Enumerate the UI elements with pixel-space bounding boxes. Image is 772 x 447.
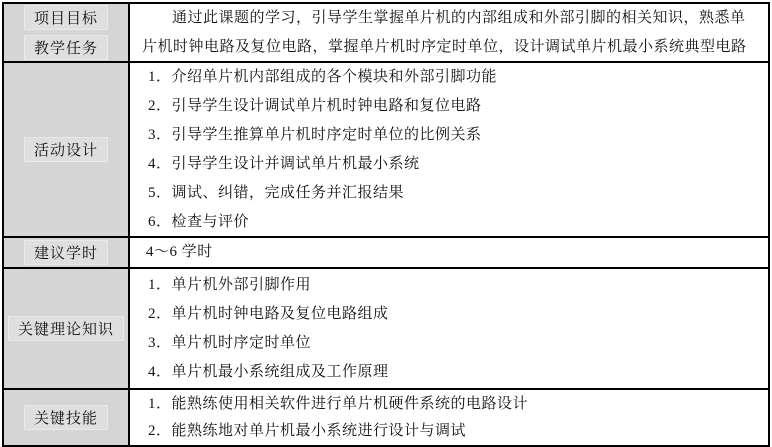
- list-item: 2．能熟练地对单片机最小系统进行设计与调试: [148, 418, 760, 445]
- document-page: 项目目标 教学任务 通过此课题的学习，引导学生掌握单片机的内部组成和外部引脚的相…: [0, 0, 772, 447]
- table-row-hours: 建议学时 4～6 学时: [4, 238, 768, 269]
- list-item: 4．单片机最小系统组成及工作原理: [148, 358, 760, 387]
- teaching-plan-table: 项目目标 教学任务 通过此课题的学习，引导学生掌握单片机的内部组成和外部引脚的相…: [2, 2, 770, 447]
- theory-content: 1．单片机外部引脚作用 2．单片机时钟电路及复位电路组成 3．单片机时序定时单位…: [130, 269, 768, 388]
- row-header-label: 关键理论知识: [8, 316, 124, 341]
- objectives-content: 通过此课题的学习，引导学生掌握单片机的内部组成和外部引脚的相关知识，熟悉单片机时…: [130, 4, 768, 61]
- list-item: 5．调试、纠错，完成任务并汇报结果: [148, 179, 760, 208]
- table-row-skills: 关键技能 1．能熟练使用相关软件进行单片机硬件系统的电路设计 2．能熟练地对单片…: [4, 390, 768, 445]
- row-header-label: 关键技能: [24, 405, 108, 430]
- list-item: 1．单片机外部引脚作用: [148, 271, 760, 300]
- row-header-activities: 活动设计: [4, 63, 130, 236]
- skills-list: 1．能熟练使用相关软件进行单片机硬件系统的电路设计 2．能熟练地对单片机最小系统…: [130, 391, 768, 445]
- row-header-objectives: 项目目标 教学任务: [4, 4, 130, 61]
- table-row-activities: 活动设计 1．介绍单片机内部组成的各个模块和外部引脚功能 2．引导学生设计调试单…: [4, 63, 768, 238]
- hours-value: 4～6 学时: [130, 238, 768, 267]
- row-header-line-2: 教学任务: [24, 35, 108, 60]
- table-row-theory: 关键理论知识 1．单片机外部引脚作用 2．单片机时钟电路及复位电路组成 3．单片…: [4, 269, 768, 390]
- objectives-paragraph: 通过此课题的学习，引导学生掌握单片机的内部组成和外部引脚的相关知识，熟悉单片机时…: [130, 4, 768, 62]
- list-item: 6．检查与评价: [148, 208, 760, 237]
- list-item: 2．引导学生设计调试单片机时钟电路和复位电路: [148, 92, 760, 121]
- activities-list: 1．介绍单片机内部组成的各个模块和外部引脚功能 2．引导学生设计调试单片机时钟电…: [130, 63, 768, 237]
- table-row-objectives: 项目目标 教学任务 通过此课题的学习，引导学生掌握单片机的内部组成和外部引脚的相…: [4, 4, 768, 63]
- hours-content: 4～6 学时: [130, 238, 768, 267]
- list-item: 4．引导学生设计并调试单片机最小系统: [148, 150, 760, 179]
- theory-list: 1．单片机外部引脚作用 2．单片机时钟电路及复位电路组成 3．单片机时序定时单位…: [130, 271, 768, 387]
- list-item: 3．引导学生推算单片机时序定时单位的比例关系: [148, 121, 760, 150]
- list-item: 1．介绍单片机内部组成的各个模块和外部引脚功能: [148, 63, 760, 92]
- list-item: 2．单片机时钟电路及复位电路组成: [148, 300, 760, 329]
- row-header-label: 活动设计: [24, 137, 108, 162]
- row-header-theory: 关键理论知识: [4, 269, 130, 388]
- activities-content: 1．介绍单片机内部组成的各个模块和外部引脚功能 2．引导学生设计调试单片机时钟电…: [130, 63, 768, 236]
- row-header-label: 建议学时: [24, 240, 108, 265]
- skills-content: 1．能熟练使用相关软件进行单片机硬件系统的电路设计 2．能熟练地对单片机最小系统…: [130, 390, 768, 445]
- list-item: 3．单片机时序定时单位: [148, 329, 760, 358]
- row-header-skills: 关键技能: [4, 390, 130, 445]
- row-header-hours: 建议学时: [4, 238, 130, 267]
- row-header-line-1: 项目目标: [24, 5, 108, 30]
- list-item: 1．能熟练使用相关软件进行单片机硬件系统的电路设计: [148, 391, 760, 418]
